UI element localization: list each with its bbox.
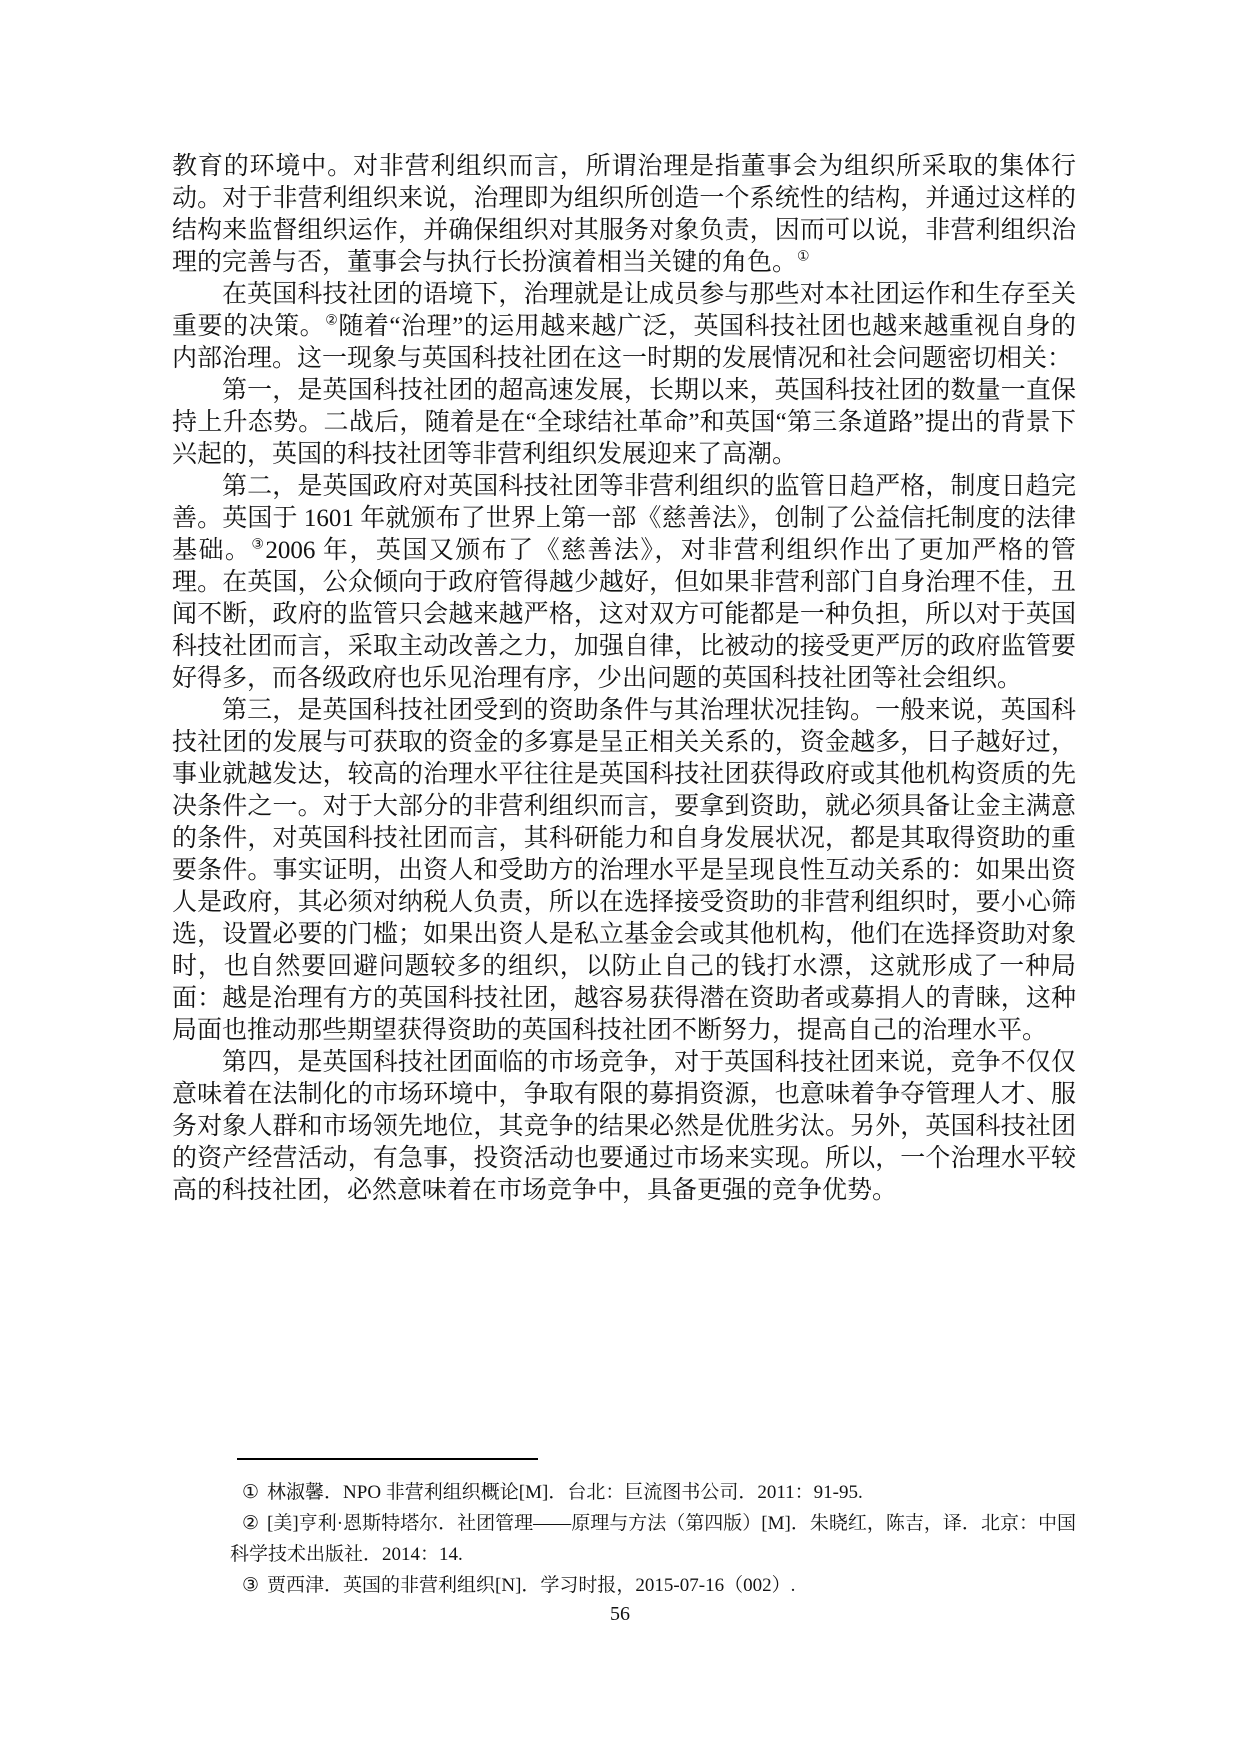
footnote-ref: ① [797,250,810,265]
footnote-list: ①林淑馨．NPO 非营利组织概论[M]．台北：巨流图书公司．2011：91-95… [230,1477,1076,1601]
footnote-text: [美]亨利·恩斯特塔尔．社团管理——原理与方法（第四版）[M]．朱晓红，陈吉，译… [230,1513,1076,1565]
footnote-item: ③贾西津．英国的非营利组织[N]．学习时报，2015-07-16（002）. [230,1570,1076,1601]
footnote-ref: ③ [251,538,265,553]
footnote-marker: ① [242,1482,259,1503]
page-number: 56 [0,1600,1240,1628]
footnote-marker: ③ [242,1575,259,1596]
body-text: 教育的环境中。对非营利组织而言，所谓治理是指董事会为组织所采取的集体行动。对于非… [172,151,1076,1207]
footnote-item: ①林淑馨．NPO 非营利组织概论[M]．台北：巨流图书公司．2011：91-95… [230,1477,1076,1508]
document-page: 教育的环境中。对非营利组织而言，所谓治理是指董事会为组织所采取的集体行动。对于非… [0,0,1240,1753]
paragraph: 第三，是英国科技社团受到的资助条件与其治理状况挂钩。一般来说，英国科技社团的发展… [172,695,1076,1047]
footnote-marker: ② [242,1513,259,1534]
paragraph: 教育的环境中。对非营利组织而言，所谓治理是指董事会为组织所采取的集体行动。对于非… [172,151,1076,279]
paragraph: 在英国科技社团的语境下，治理就是让成员参与那些对本社团运作和生存至关重要的决策。… [172,279,1076,375]
paragraph: 第一，是英国科技社团的超高速发展，长期以来，英国科技社团的数量一直保持上升态势。… [172,375,1076,471]
footnote-separator [237,1458,538,1460]
footnote-item: ②[美]亨利·恩斯特塔尔．社团管理——原理与方法（第四版）[M]．朱晓红，陈吉，… [230,1508,1076,1570]
paragraph: 第二，是英国政府对英国科技社团等非营利组织的监管日趋严格，制度日趋完善。英国于 … [172,471,1076,695]
footnote-text: 林淑馨．NPO 非营利组织概论[M]．台北：巨流图书公司．2011：91-95. [267,1482,863,1503]
footnote-text: 贾西津．英国的非营利组织[N]．学习时报，2015-07-16（002）. [267,1575,795,1596]
footnote-ref: ② [325,314,338,329]
paragraph: 第四，是英国科技社团面临的市场竞争，对于英国科技社团来说，竞争不仅仅意味着在法制… [172,1047,1076,1207]
